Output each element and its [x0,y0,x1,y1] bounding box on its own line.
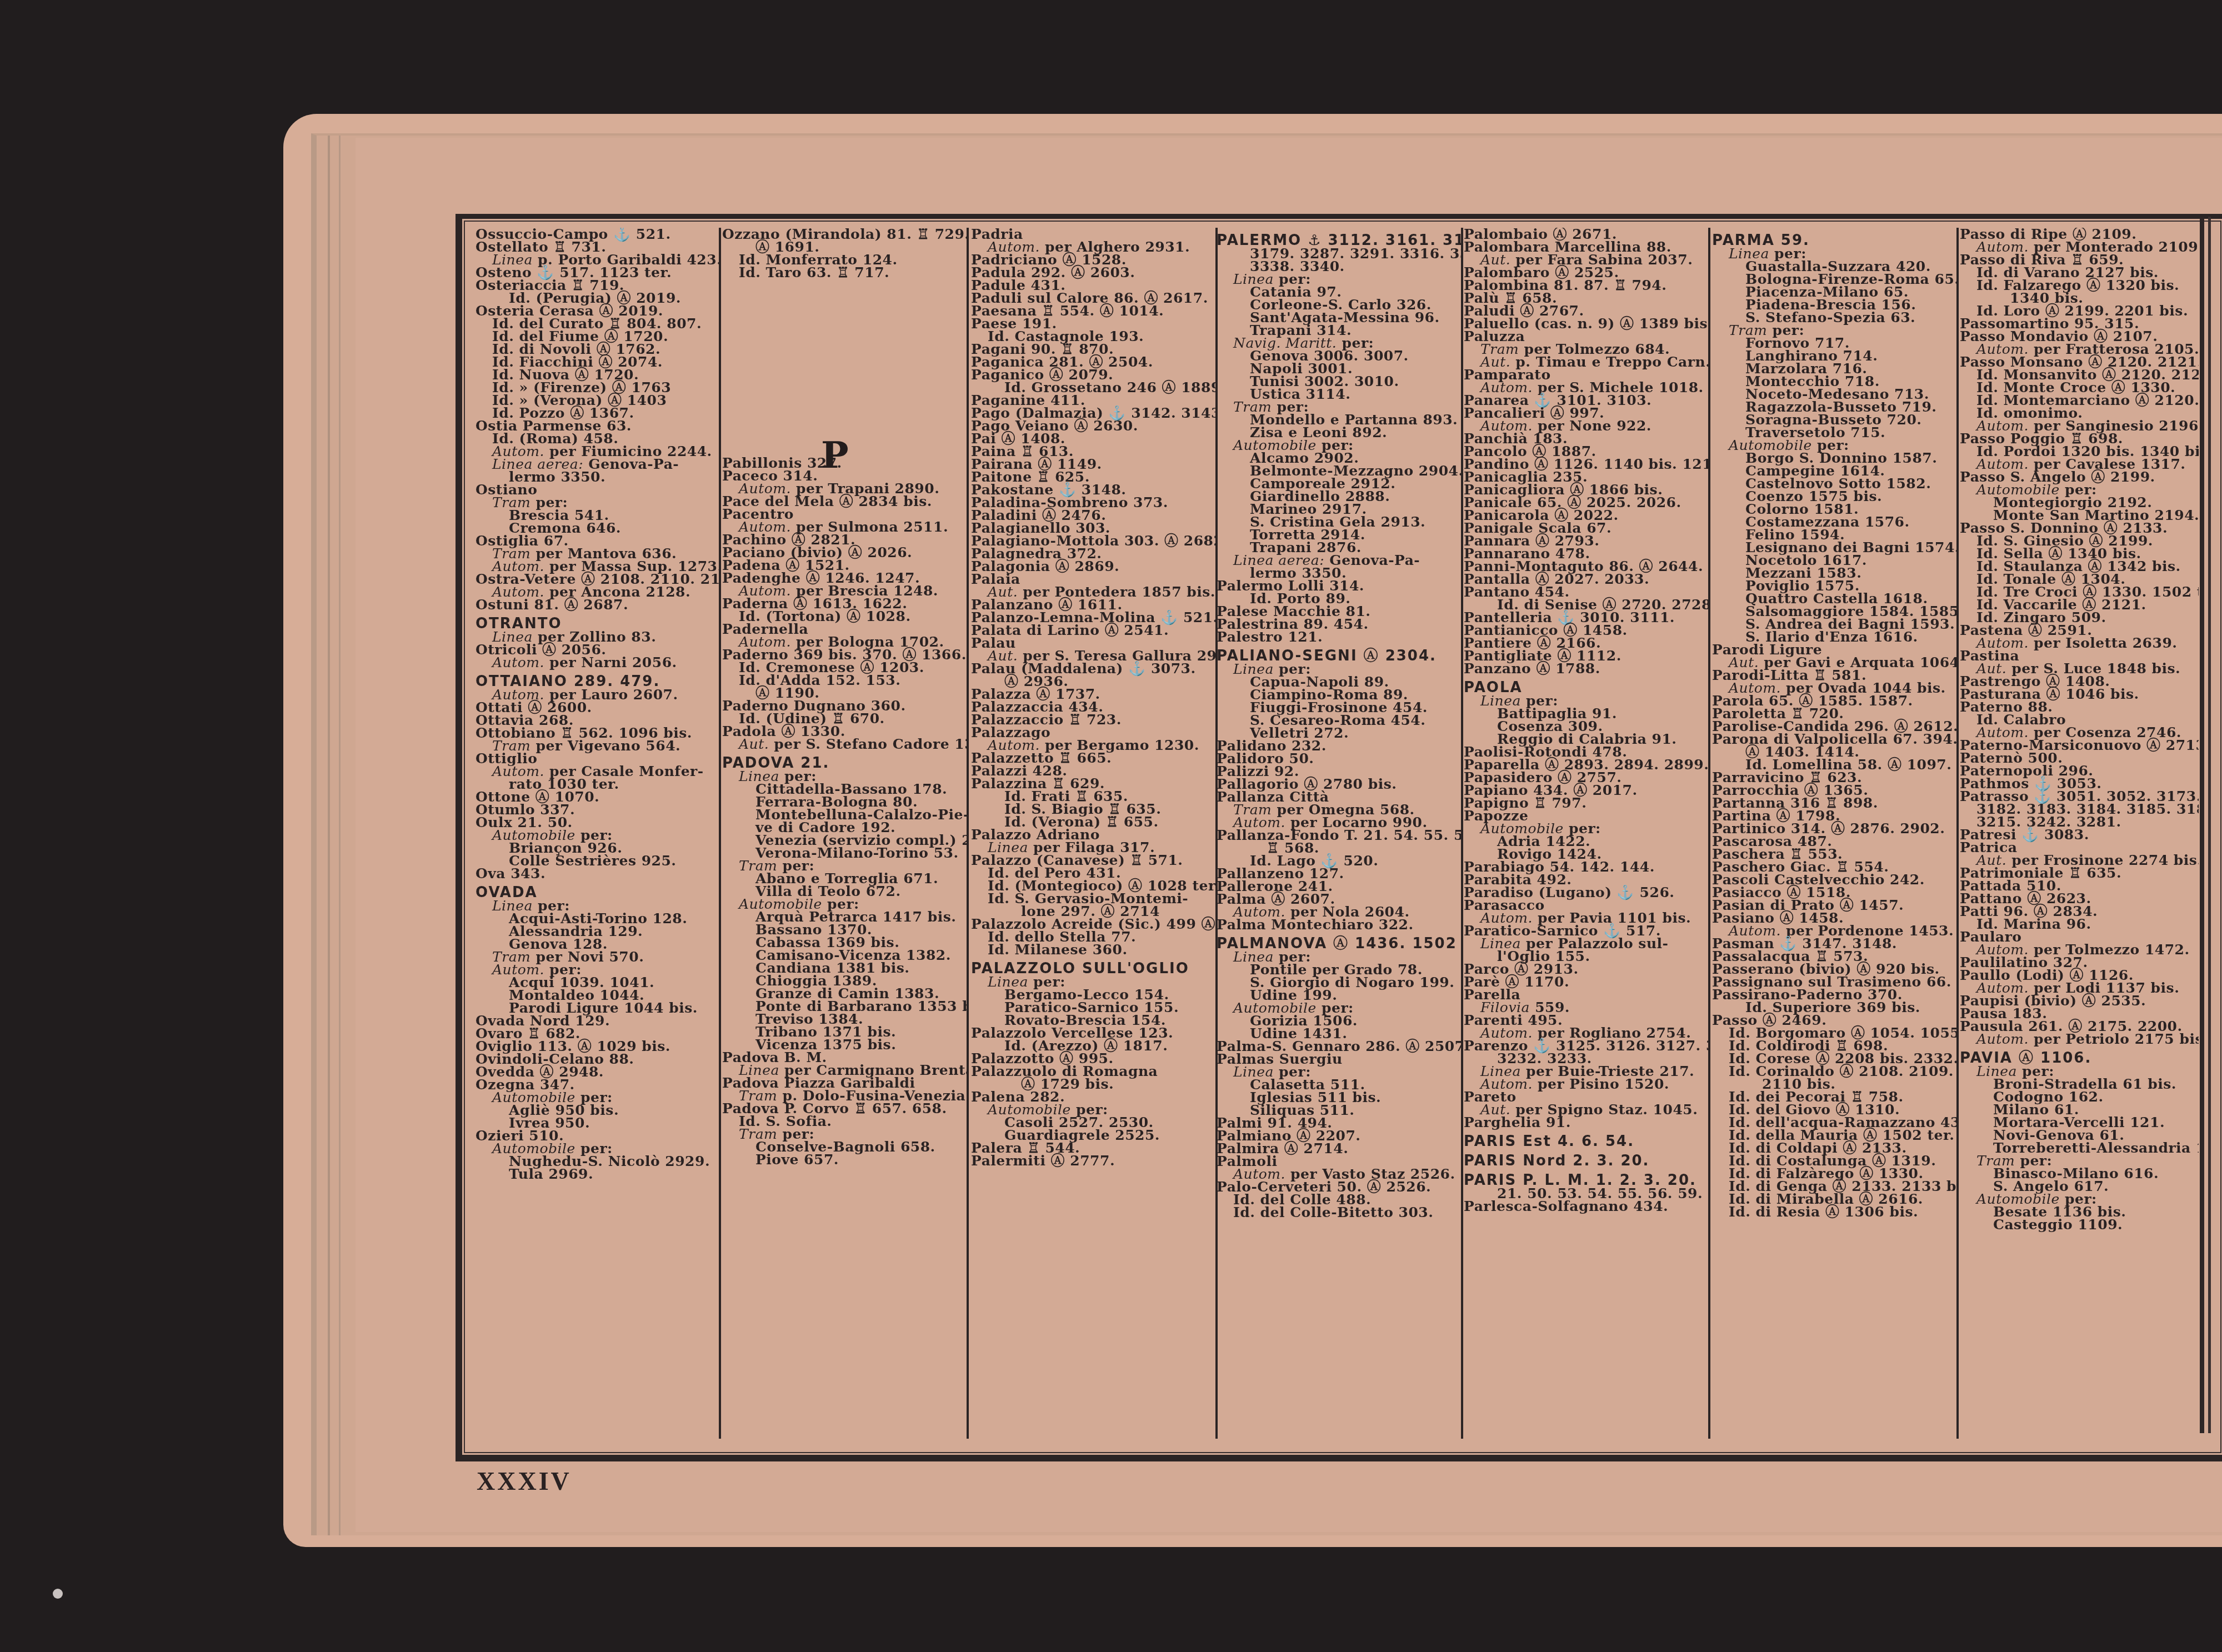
section-letter-spacer [722,279,967,457]
scan-speck [53,1589,63,1599]
index-entry: Id. Milanese 360. [971,943,1215,956]
index-column-6: PARMA 59.Linea per:Guastalla-Suzzara 420… [1712,228,1959,1439]
page-number: XXXIV [477,1466,572,1496]
index-entry: Palermiti Ⓐ 2777. [971,1154,1215,1167]
section-letter-heading: P [821,433,849,477]
index-entry: Panzano Ⓐ 1788. [1464,662,1708,675]
frame-right-rule-outer [2208,217,2211,1433]
index-entry: Palestro 121. [1217,630,1461,643]
index-column-2: Ozzano (Mirandola) 81. ♖ 729.Ⓐ 1691.Id. … [722,228,969,1439]
index-entry: Id. del Colle-Bitetto 303. [1217,1206,1461,1219]
service-type-label: Aut. [739,736,769,752]
index-entry: Autom. per Narni 2056. [476,656,719,669]
index-column-7: Passo di Ripe Ⓐ 2109.Autom. per Monterad… [1960,228,2199,1439]
service-type-label: Autom. [492,654,544,670]
index-entry: Id. di Resia Ⓐ 1306 bis. [1712,1205,1956,1218]
index-entry: Parghelia 91. [1464,1116,1708,1129]
index-entry: Palma Montechiaro 322. [1217,918,1461,931]
index-entry: Parlesca-Solfagnano 434. [1464,1200,1708,1213]
index-entry: Id. Taro 63. ♖ 717. [722,266,967,279]
index-entry: Ostuni 81. Ⓐ 2687. [476,598,719,611]
index-entry: Aut. per S. Stefano Cadore 1376 [722,738,967,750]
frame-right-rule [2200,217,2204,1433]
index-entry: Ova 343. [476,867,719,880]
index-column-1: Ossuccio-Campo ⚓ 521.Ostellato ♖ 731.Lin… [476,228,721,1439]
index-column-3: PadriaAutom. per Alghero 2931.Padriciano… [971,228,1218,1439]
index-entry: Casteggio 1109. [1960,1218,2199,1231]
index-entry: Piove 657. [722,1153,967,1166]
index-entry: Tula 2969. [476,1168,719,1180]
index-column-4: PALERMO ⚓ 3112. 3161. 3162.3179. 3287. 3… [1217,228,1463,1439]
index-entry: PARIS Nord 2. 3. 20. [1464,1155,1708,1168]
index-entry: Pallanza-Fondo T. 21. 54. 55. 56. [1217,829,1461,842]
service-type-label: Autom. [1976,1031,2029,1047]
index-column-5: Palombaio Ⓐ 2671.Palombara Marcellina 88… [1464,228,1710,1439]
index-entry: Autom. per Petriolo 2175 bis. [1960,1033,2199,1045]
index-entry: PARIS Est 4. 6. 54. [1464,1135,1708,1148]
